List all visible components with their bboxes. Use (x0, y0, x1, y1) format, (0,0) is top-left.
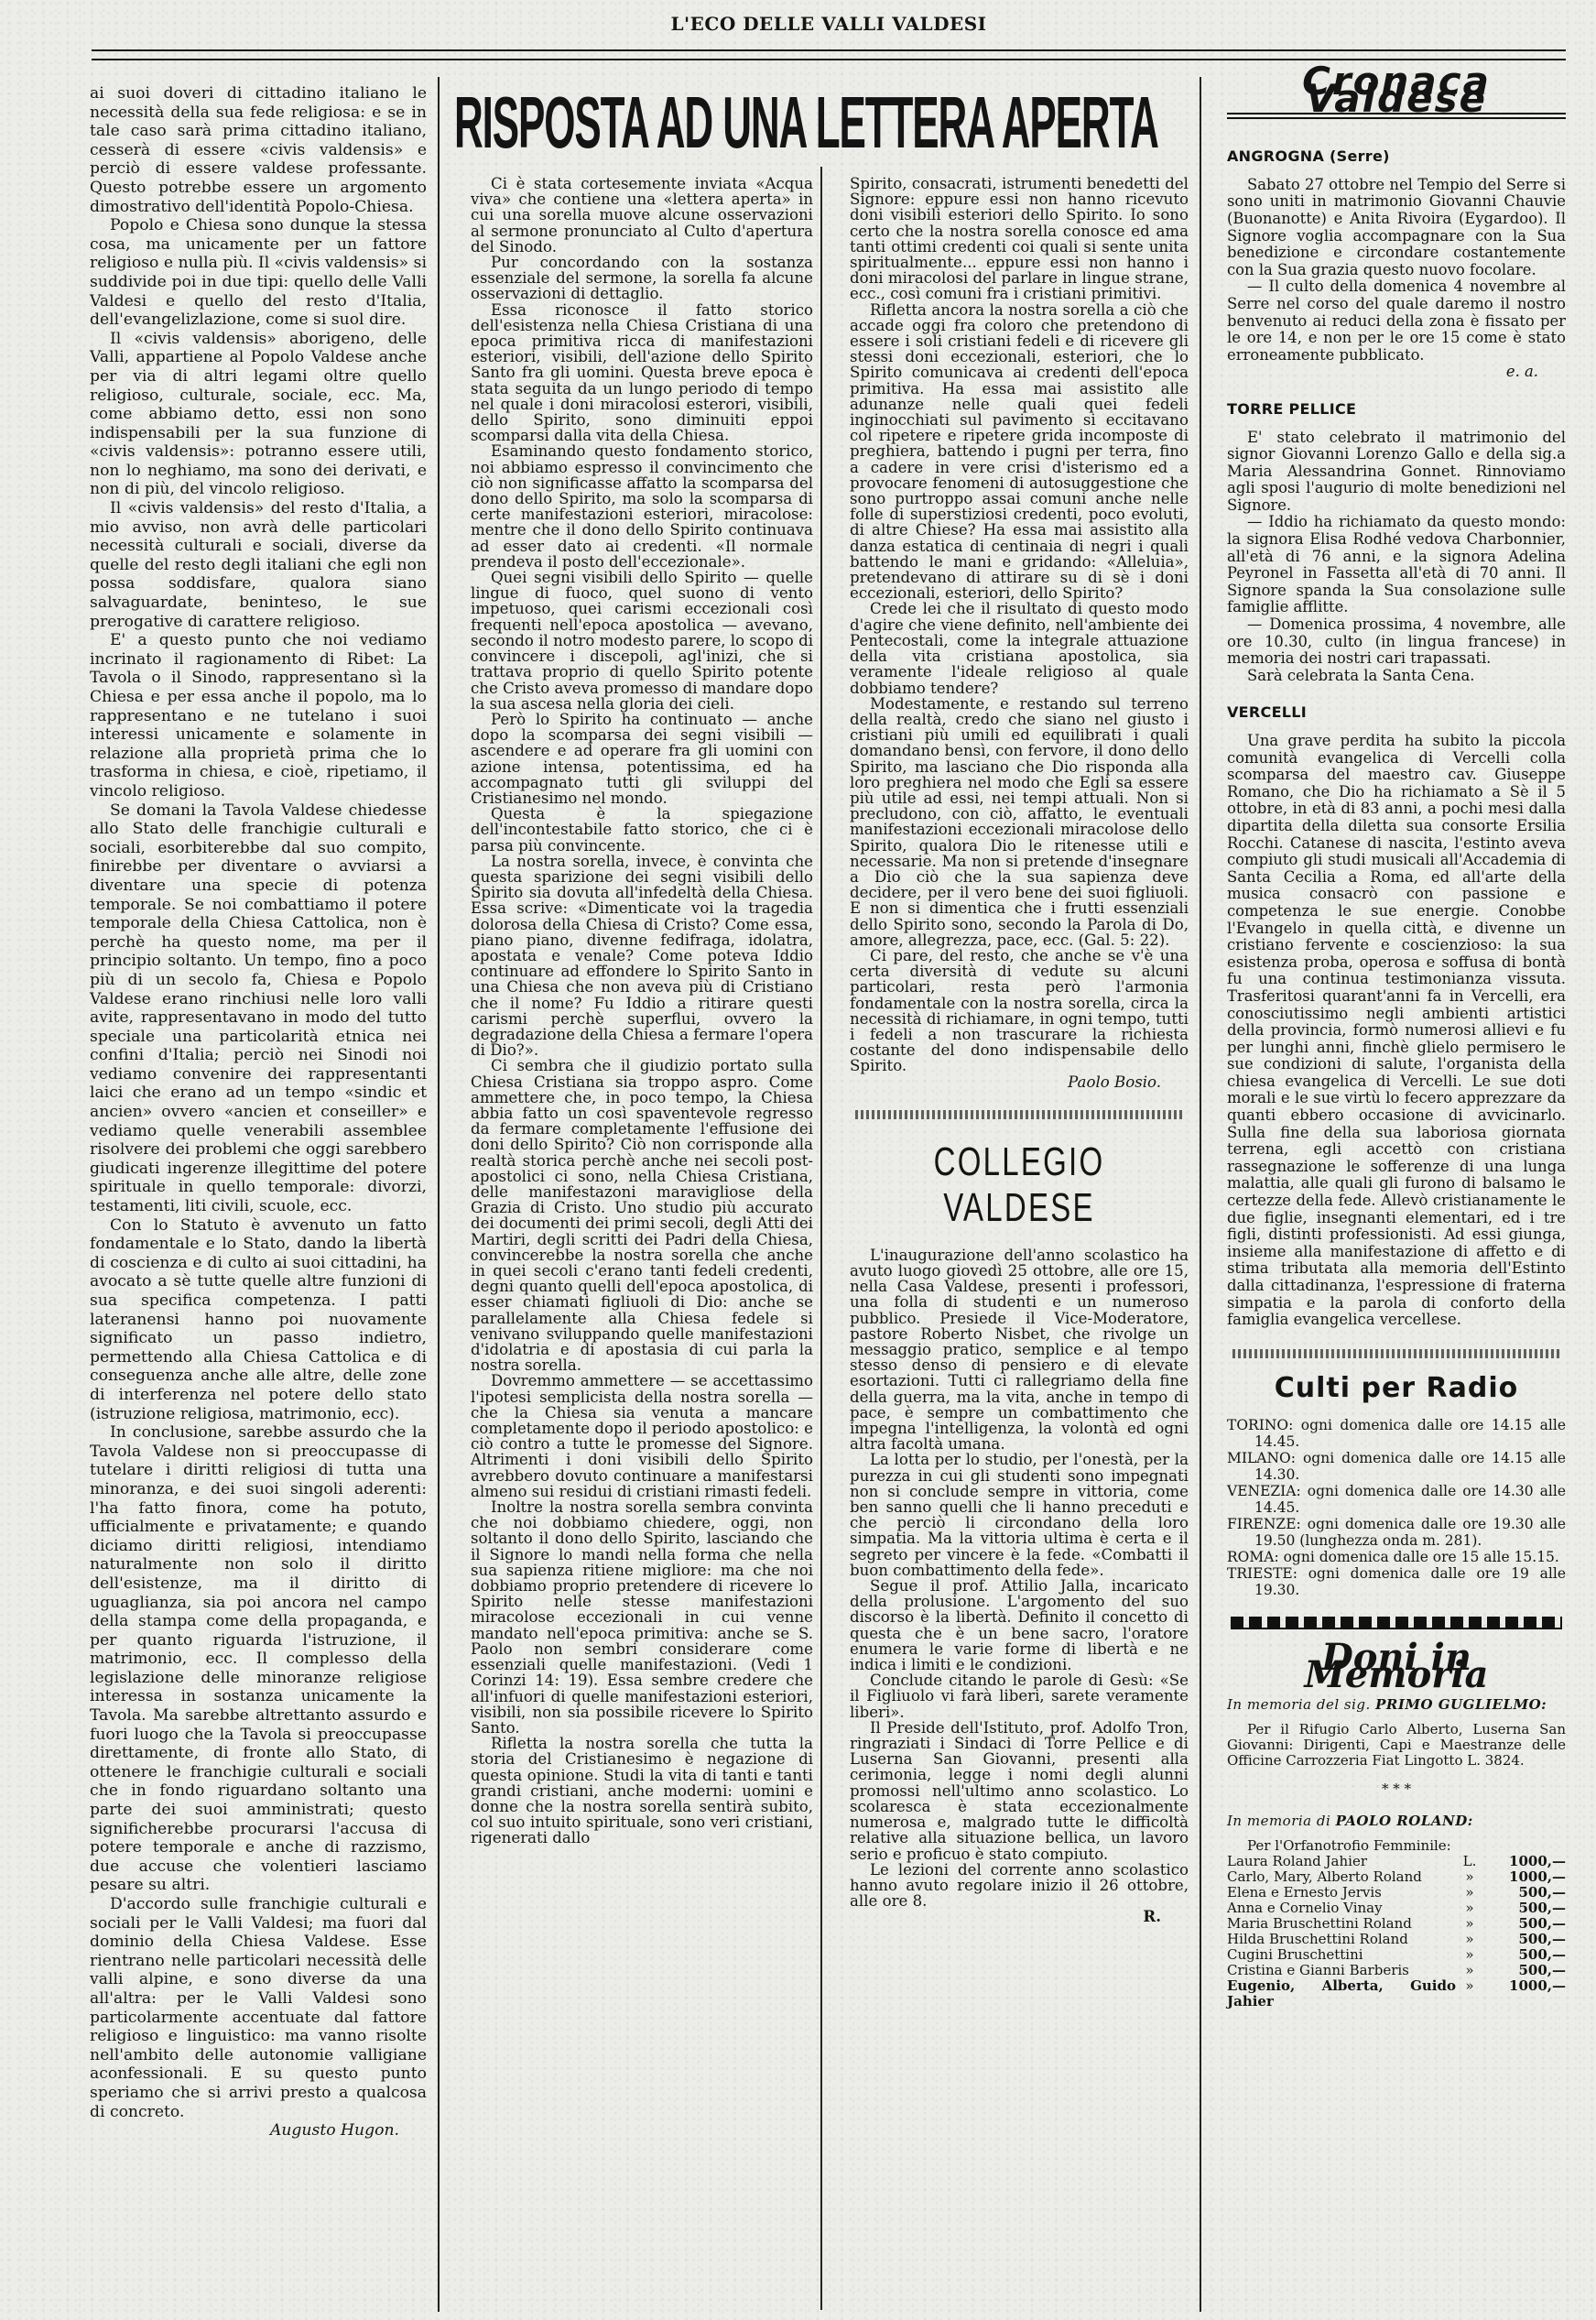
locality-heading: VERCELLI (1227, 704, 1566, 722)
radio-schedule: TORINO: ogni domenica dalle ore 14.15 al… (1227, 1417, 1566, 1598)
author-signature: e. a. (1227, 364, 1566, 381)
paragraph: Segue il prof. Attilio Jalla, incaricato… (850, 1578, 1189, 1672)
currency: » (1456, 1916, 1483, 1932)
donor-row: Hilda Bruschettini Roland»500,— (1227, 1932, 1566, 1947)
paragraph: Dovremmo ammettere — se accettassimo l'i… (471, 1373, 813, 1499)
paragraph: Essa riconosce il fatto storico dell'esi… (471, 302, 813, 444)
paragraph: — Iddio ha richiamato da questo mondo: l… (1227, 514, 1566, 616)
paragraph: Esaminando questo fondamento storico, no… (471, 443, 813, 570)
paragraph: Popolo e Chiesa sono dunque la stessa co… (90, 216, 427, 330)
donor-name: Cristina e Gianni Barberis (1227, 1963, 1456, 1978)
currency: » (1456, 1901, 1483, 1916)
paragraph: — Domenica prossima, 4 novembre, alle or… (1227, 616, 1566, 668)
radio-item: TORINO: ogni domenica dalle ore 14.15 al… (1227, 1417, 1566, 1450)
article-title: RISPOSTA AD UNA LETTERA APERTA (454, 86, 1189, 159)
asterism: * * * (1227, 1781, 1566, 1797)
donor-row: Carlo, Mary, Alberto Roland»1000,— (1227, 1869, 1566, 1885)
article-risposta-col-a: Ci è stata cortesemente inviata «Acqua v… (471, 176, 813, 1846)
paragraph: Per il Rifugio Carlo Alberto, Luserna Sa… (1227, 1722, 1566, 1769)
paragraph: Ci pare, del resto, che anche se v'è una… (850, 948, 1189, 1074)
paragraph: Il «civis valdensis» del resto d'Italia,… (90, 499, 427, 631)
amount: 500,— (1483, 1947, 1566, 1963)
paragraph: La lotta per lo studio, per l'onestà, pe… (850, 1452, 1189, 1578)
author-signature: R. (850, 1909, 1189, 1924)
paragraph: Questa è la spiegazione dell'incontestab… (471, 806, 813, 854)
section-title: Culti per Radio (1227, 1380, 1566, 1398)
donor-name: Carlo, Mary, Alberto Roland (1227, 1869, 1456, 1885)
radio-item: TRIESTE: ogni domenica dalle ore 19 alle… (1227, 1565, 1566, 1598)
donor-row: Anna e Cornelio Vinay»500,— (1227, 1901, 1566, 1916)
masthead: L'ECO DELLE VALLI VALDESI (92, 13, 1566, 35)
amount: 500,— (1483, 1963, 1566, 1978)
paragraph: Il Preside dell'Istituto, prof. Adolfo T… (850, 1720, 1189, 1862)
paragraph: E' stato celebrato il matrimonio del sig… (1227, 430, 1566, 515)
paragraph: E' a questo punto che noi vediamo incrin… (90, 631, 427, 801)
paragraph: Spirito, consacrati, istrumenti benedett… (850, 176, 1189, 302)
memorial-heading: In memoria del sig. PRIMO GUGLIELMO: (1227, 1697, 1566, 1713)
paragraph: Pur concordando con la sostanza essenzia… (471, 255, 813, 302)
author-signature: Paolo Bosio. (850, 1074, 1189, 1090)
column-divider (820, 167, 822, 2310)
donor-row: Elena e Ernesto Jervis»500,— (1227, 1885, 1566, 1901)
paragraph: Per l'Orfanotrofio Femminile: (1227, 1838, 1566, 1854)
section-title: Cronaca Valdese (1227, 73, 1566, 107)
paragraph: Rifletta la nostra sorella che tutta la … (471, 1736, 813, 1846)
radio-item: VENEZIA: ogni domenica dalle ore 14.30 a… (1227, 1483, 1566, 1516)
paragraph: Sarà celebrata la Santa Cena. (1227, 668, 1566, 685)
column-divider (1200, 77, 1201, 2312)
paragraph: Il «civis valdensis» aborigeno, delle Va… (90, 330, 427, 499)
article-hugon-continuation: ai suoi doveri di cittadino italiano le … (90, 84, 427, 2140)
radio-item: MILANO: ogni domenica dalle ore 14.15 al… (1227, 1450, 1566, 1483)
masthead-rule-top (92, 49, 1566, 51)
amount: 500,— (1483, 1916, 1566, 1932)
donor-row: Maria Bruschettini Roland»500,— (1227, 1916, 1566, 1932)
paragraph: ai suoi doveri di cittadino italiano le … (90, 84, 427, 216)
ornamental-divider (1231, 1617, 1562, 1629)
donor-name: Maria Bruschettini Roland (1227, 1916, 1456, 1932)
paragraph: Rifletta ancora la nostra sorella a ciò … (850, 302, 1189, 602)
donor-row: Cugini Bruschettini»500,— (1227, 1947, 1566, 1963)
article-risposta-col-b: Spirito, consacrati, istrumenti benedett… (850, 176, 1189, 1925)
paragraph: In conclusione, sarebbe assurdo che la T… (90, 1423, 427, 1895)
paragraph: Modestamente, e restando sul terreno del… (850, 696, 1189, 948)
amount: 500,— (1483, 1885, 1566, 1901)
amount: 1000,— (1483, 1854, 1566, 1869)
author-signature: Augusto Hugon. (90, 2121, 427, 2140)
cronaca-valdese-column: Cronaca Valdese ANGROGNA (Serre) Sabato … (1227, 73, 1566, 2010)
amount: 500,— (1483, 1932, 1566, 1947)
paragraph: — Il culto della domenica 4 novembre al … (1227, 278, 1566, 364)
memorial-prefix: In memoria di (1227, 1813, 1330, 1829)
paragraph: Però lo Spirito ha continuato — anche do… (471, 712, 813, 806)
paragraph: Ci sembra che il giudizio portato sulla … (471, 1058, 813, 1373)
locality-heading: TORRE PELLICE (1227, 401, 1566, 419)
radio-item: FIRENZE: ogni domenica dalle ore 19.30 a… (1227, 1516, 1566, 1549)
donor-name: Elena e Ernesto Jervis (1227, 1885, 1456, 1901)
currency: » (1456, 1932, 1483, 1947)
column-divider (438, 77, 440, 2312)
currency: » (1456, 1963, 1483, 1978)
memorial-prefix: In memoria del sig. (1227, 1696, 1371, 1713)
paragraph: Le lezioni del corrente anno scolastico … (850, 1862, 1189, 1910)
memorial-name: PRIMO GUGLIELMO: (1375, 1696, 1547, 1713)
amount: 500,— (1483, 1901, 1566, 1916)
donor-name: Cugini Bruschettini (1227, 1947, 1456, 1963)
paragraph: Con lo Statuto è avvenuto un fatto fonda… (90, 1216, 427, 1424)
paragraph: L'inaugurazione dell'anno scolastico ha … (850, 1247, 1189, 1453)
locality-heading: ANGROGNA (Serre) (1227, 148, 1566, 166)
currency: » (1456, 1947, 1483, 1963)
memorial-heading: In memoria di PAOLO ROLAND: (1227, 1814, 1566, 1829)
paragraph: Una grave perdita ha subito la piccola c… (1227, 733, 1566, 1329)
ornamental-divider (1232, 1349, 1560, 1358)
paragraph: Quei segni visibili dello Spirito — quel… (471, 570, 813, 712)
donor-name: Anna e Cornelio Vinay (1227, 1901, 1456, 1916)
paragraph: Crede lei che il risultato di questo mod… (850, 601, 1189, 695)
radio-item: ROMA: ogni domenica dalle ore 15 alle 15… (1227, 1549, 1566, 1565)
donor-row: Laura Roland JahierL.1000,— (1227, 1854, 1566, 1869)
paragraph: Sabato 27 ottobre nel Tempio del Serre s… (1227, 177, 1566, 279)
newspaper-page: L'ECO DELLE VALLI VALDESI ai suoi doveri… (0, 0, 1596, 2320)
amount: 1000,— (1483, 1978, 1566, 2010)
paragraph: Ci è stata cortesemente inviata «Acqua v… (471, 176, 813, 255)
paragraph: D'accordo sulle franchigie culturali e s… (90, 1895, 427, 2121)
currency: » (1456, 1869, 1483, 1885)
currency: » (1456, 1978, 1483, 2010)
ornamental-divider (855, 1110, 1183, 1119)
paragraph: Inoltre la nostra sorella sembra convint… (471, 1499, 813, 1736)
amount: 1000,— (1483, 1869, 1566, 1885)
risposta-title-wrap: RISPOSTA AD UNA LETTERA APERTA (454, 86, 1187, 185)
currency: L. (1456, 1854, 1483, 1869)
currency: » (1456, 1885, 1483, 1901)
section-title: Doni in Memoria (1227, 1650, 1566, 1683)
paragraph: Conclude citando le parole di Gesù: «Se … (850, 1672, 1189, 1720)
donor-row: Eugenio, Alberta, Guido Jahier»1000,— (1227, 1978, 1566, 2010)
donor-name: Laura Roland Jahier (1227, 1854, 1456, 1869)
memorial-donations: In memoria del sig. PRIMO GUGLIELMO: Per… (1227, 1697, 1566, 2010)
paragraph: Se domani la Tavola Valdese chiedesse al… (90, 801, 427, 1216)
donor-name: Hilda Bruschettini Roland (1227, 1932, 1456, 1947)
donor-name: Eugenio, Alberta, Guido Jahier (1227, 1978, 1456, 2010)
paragraph: La nostra sorella, invece, è convinta ch… (471, 854, 813, 1059)
article-title: COLLEGIO VALDESE (892, 1139, 1146, 1231)
donor-row: Cristina e Gianni Barberis»500,— (1227, 1963, 1566, 1978)
memorial-name: PAOLO ROLAND: (1336, 1813, 1473, 1829)
